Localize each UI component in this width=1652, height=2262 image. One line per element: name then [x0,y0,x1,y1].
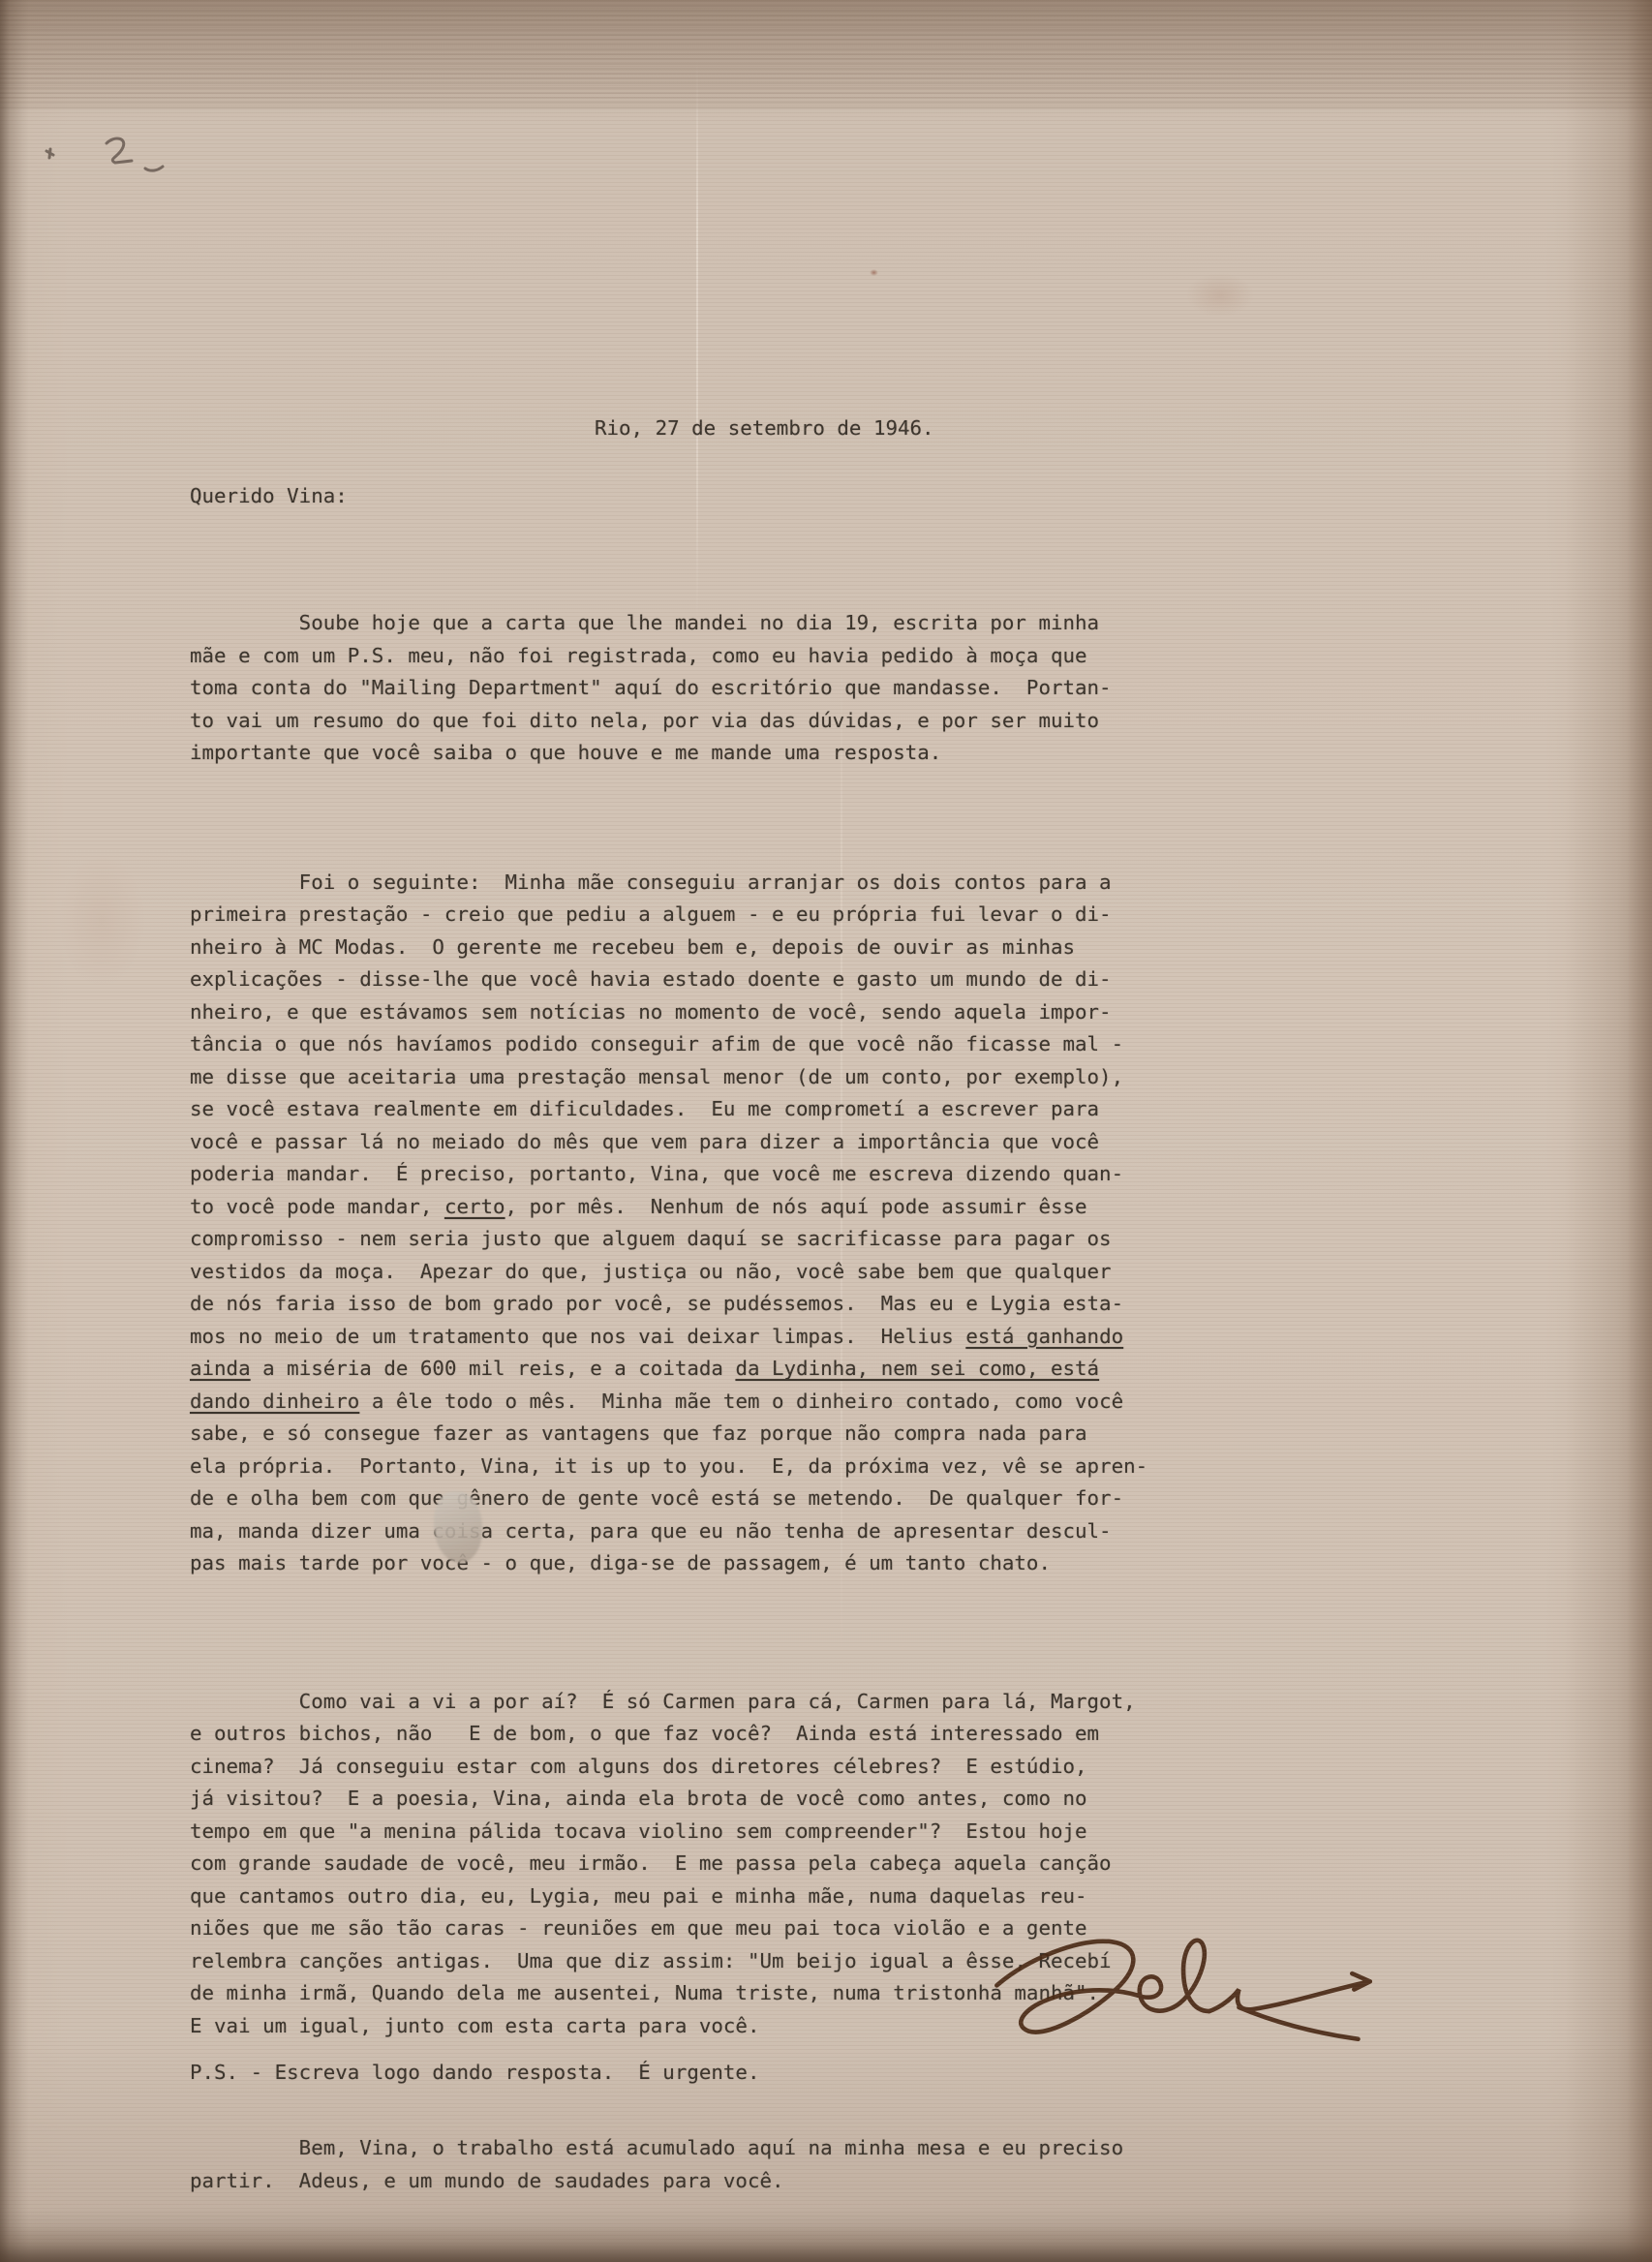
letter-line: ainda a miséria de 600 mil reis, e a coi… [190,1353,1147,1386]
letter-line: que cantamos outro dia, eu, Lygia, meu p… [190,1880,1147,1913]
paper-stain [58,852,145,988]
letter-line: poderia mandar. É preciso, portanto, Vin… [190,1158,1147,1191]
letter-line: Foi o seguinte: Minha mãe conseguiu arra… [190,867,1147,900]
letter-line: nheiro à MC Modas. O gerente me recebeu … [190,932,1147,964]
letter-line: de nós faria isso de bom grado por você,… [190,1288,1147,1321]
letter-line: compromisso - nem seria justo que alguem… [190,1223,1147,1256]
letter-line: sabe, e só consegue fazer as vantagens q… [190,1418,1147,1451]
paper-crease [696,58,698,620]
letter-line: você e passar lá no meiado do mês que ve… [190,1126,1147,1159]
letter-line: primeira prestação - creio que pediu a a… [190,899,1147,932]
letter-line: me disse que aceitaria uma prestação men… [190,1061,1147,1094]
postscript: P.S. - Escreva logo dando resposta. É ur… [190,2057,759,2090]
letter-line: com grande saudade de você, meu irmão. E… [190,1848,1147,1880]
paragraph-2: Foi o seguinte: Minha mãe conseguiu arra… [190,867,1147,1580]
letter-line: partir. Adeus, e um mundo de saudades pa… [190,2165,1147,2198]
letter-line: Soube hoje que a carta que lhe mandei no… [190,607,1147,640]
letter-line: vestidos da moça. Apezar do que, justiça… [190,1256,1147,1289]
salutation: Querido Vina: [190,480,348,513]
letter-line: nheiro, e que estávamos sem notícias no … [190,996,1147,1029]
scan-edge-top [0,0,1652,108]
letter-line: explicações - disse-lhe que você havia e… [190,963,1147,996]
letter-line: pas mais tarde por você - o que, diga-se… [190,1547,1147,1580]
letter-line: tância o que nós havíamos podido consegu… [190,1028,1147,1061]
letter-line: importante que você saiba o que houve e … [190,737,1147,770]
letter-line: já visitou? E a poesia, Vina, ainda ela … [190,1783,1147,1816]
date-line: Rio, 27 de setembro de 1946. [595,413,934,445]
letter-line: ma, manda dizer uma coisa certa, para qu… [190,1515,1147,1548]
signature-handwritten [983,1919,1380,2060]
letter-line: mãe e com um P.S. meu, não foi registrad… [190,640,1147,673]
paper-stain [870,269,878,276]
paper-stain [1186,273,1254,318]
paragraph-1: Soube hoje que a carta que lhe mandei no… [190,607,1147,770]
letter-page: Rio, 27 de setembro de 1946. Querido Vin… [0,0,1652,2262]
scanned-letter-image: { "letter": { "date_line": "Rio, 27 de s… [0,0,1652,2262]
letter-line: to você pode mandar, certo, por mês. Nen… [190,1191,1147,1224]
letter-line: toma conta do "Mailing Department" aquí … [190,672,1147,705]
letter-line: mos no meio de um tratamento que nos vai… [190,1321,1147,1354]
letter-line: e outros bichos, não E de bom, o que faz… [190,1718,1147,1751]
letter-line: Bem, Vina, o trabalho está acumulado aqu… [190,2132,1147,2165]
letter-line: ela própria. Portanto, Vina, it is up to… [190,1451,1147,1483]
paragraph-4: Bem, Vina, o trabalho está acumulado aqu… [190,2132,1147,2197]
letter-line: cinema? Já conseguiu estar com alguns do… [190,1751,1147,1784]
letter-line: Como vai a vi a por aí? É só Carmen para… [190,1686,1147,1719]
letter-line: dando dinheiro a êle todo o mês. Minha m… [190,1386,1147,1419]
letter-line: se você estava realmente em dificuldades… [190,1093,1147,1126]
letter-line: de e olha bem com que gênero de gente vo… [190,1483,1147,1515]
letter-line: to vai um resumo do que foi dito nela, p… [190,705,1147,738]
letter-line: tempo em que "a menina pálida tocava vio… [190,1816,1147,1849]
pencil-annotation [37,124,192,186]
